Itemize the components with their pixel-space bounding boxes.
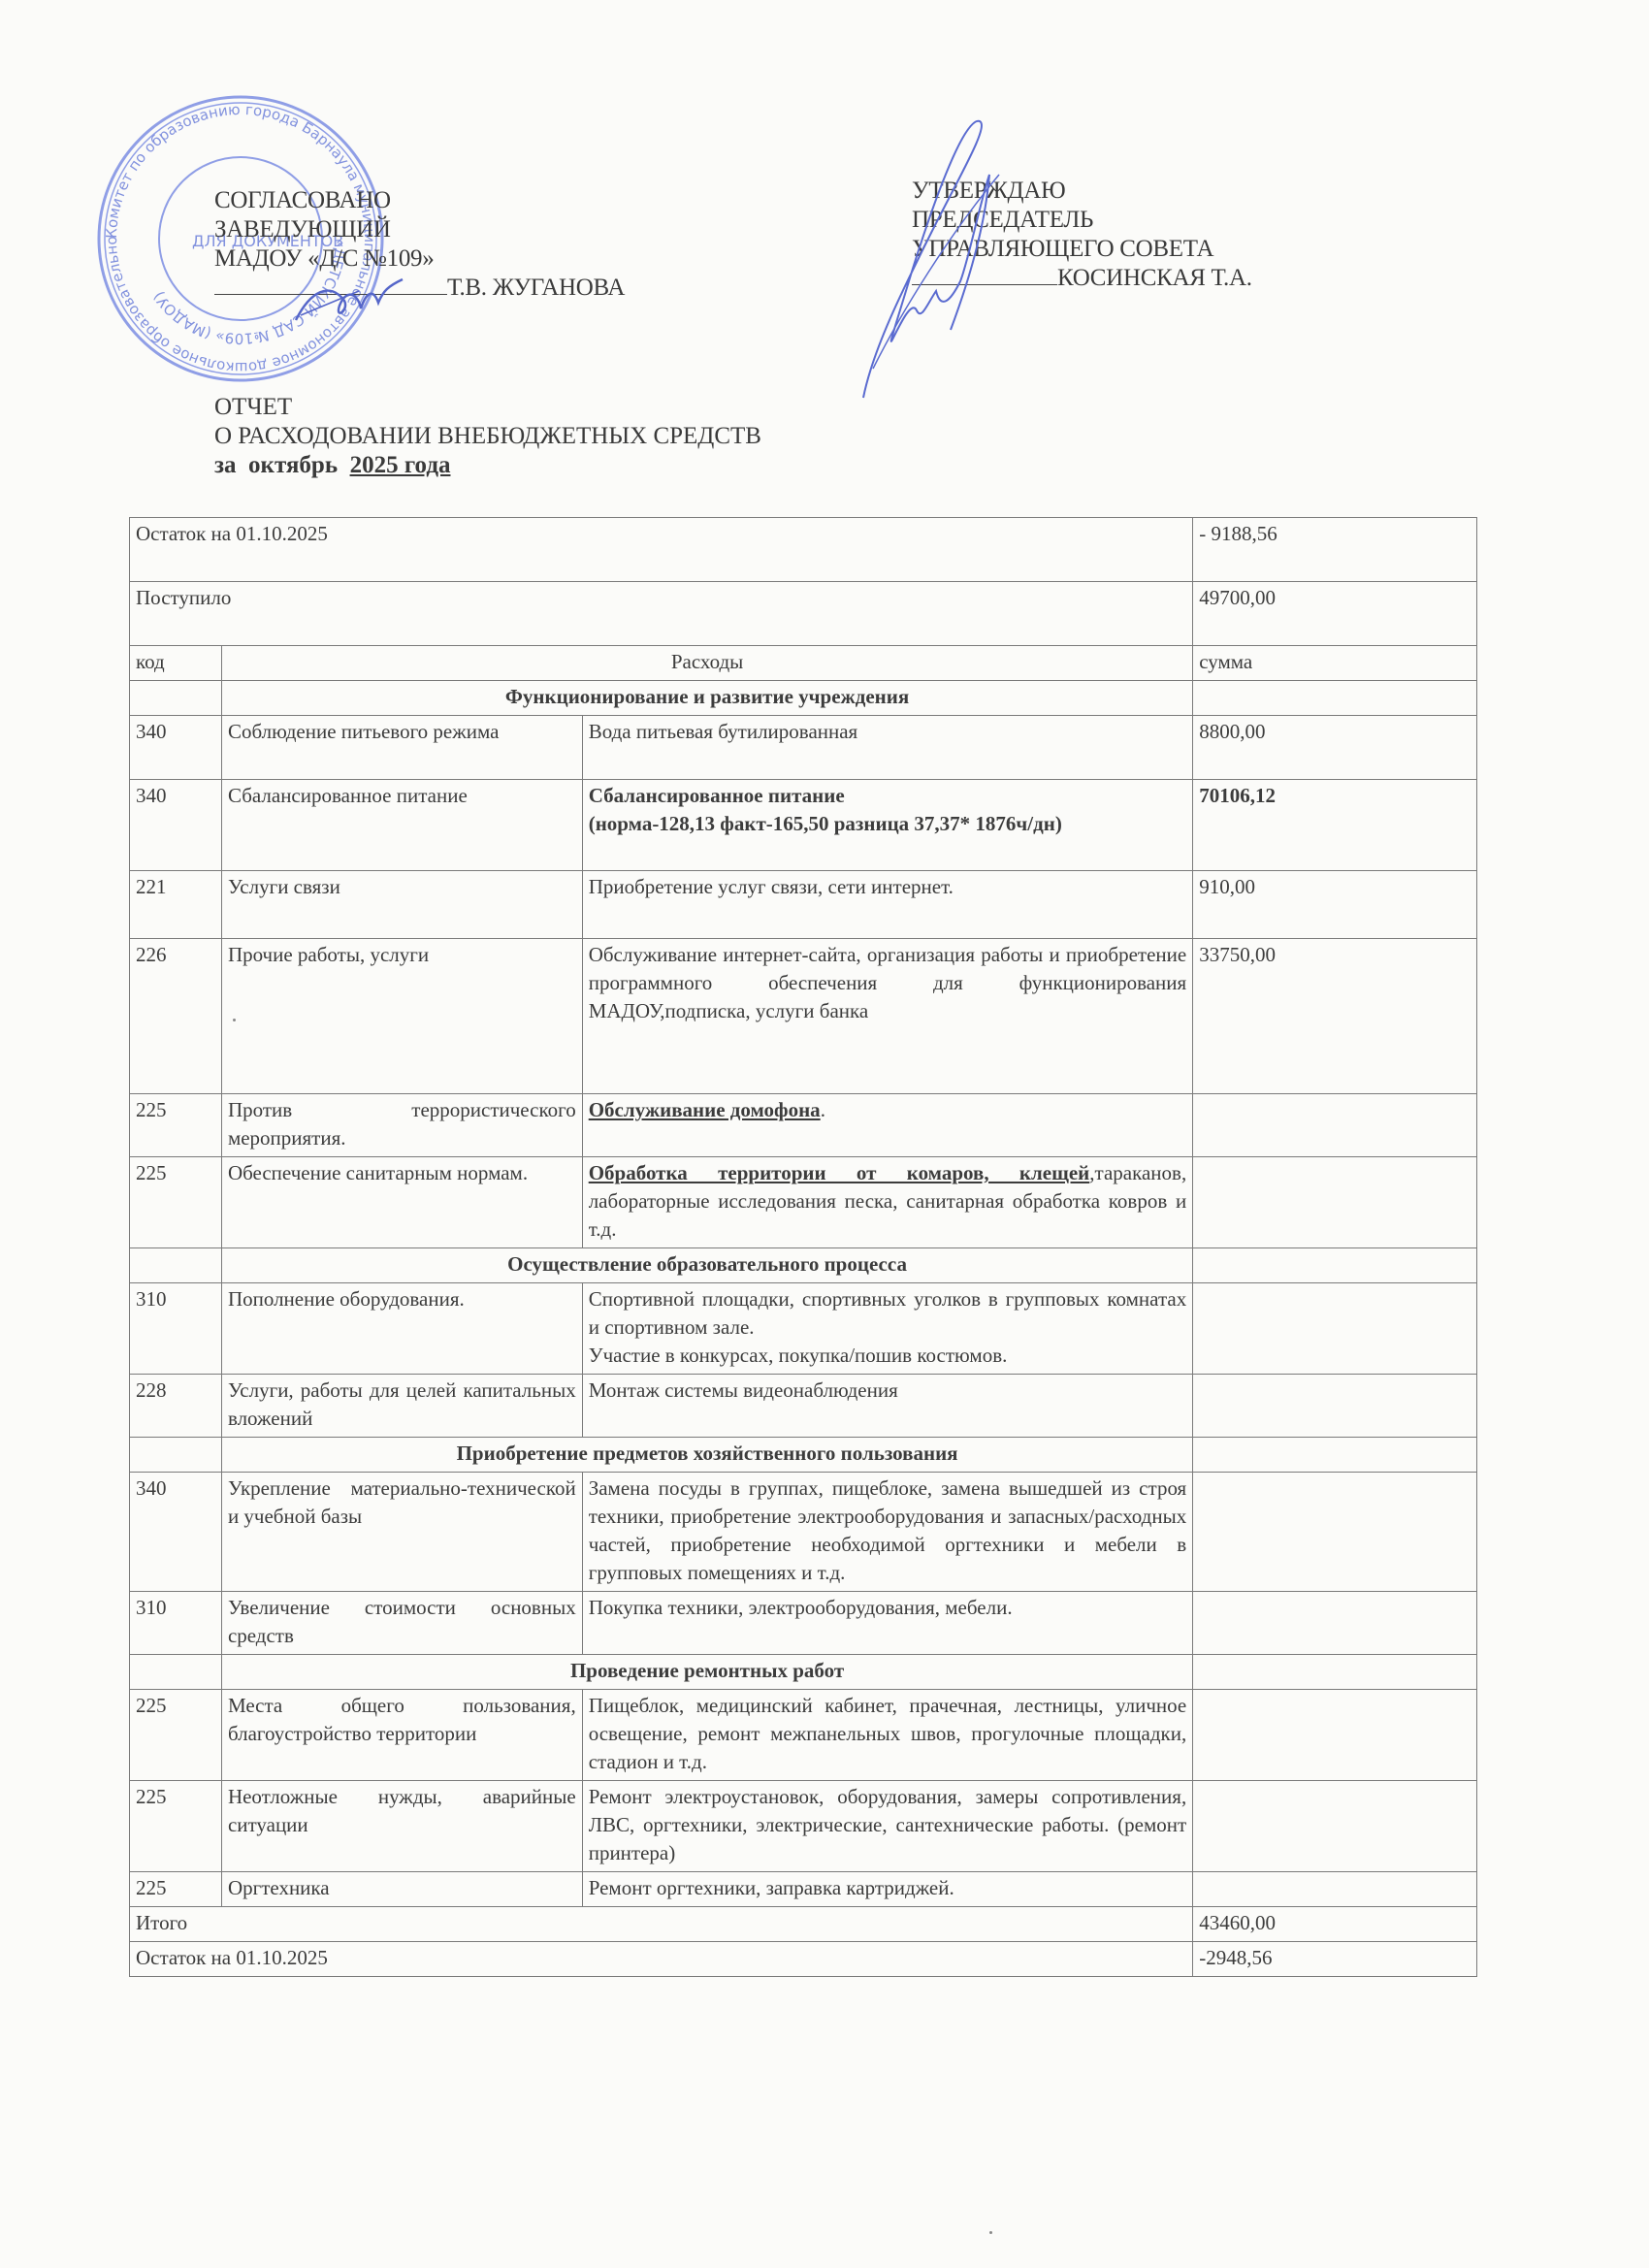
- signature-line-left: [214, 294, 447, 295]
- row-description-text: Ремонт электроустановок, оборудования, з…: [589, 1785, 1187, 1864]
- row-description-text: Ремонт оргтехники, заправка картриджей.: [589, 1876, 954, 1899]
- row-description-text: Спортивной площадки, спортивных уголков …: [589, 1287, 1187, 1339]
- row-sum: 70106,12: [1193, 780, 1477, 871]
- approval-left-line3: МАДОУ «Д/С №109»: [214, 244, 625, 274]
- row-code: 225: [130, 1094, 222, 1157]
- row-description-text: Приобретение услуг связи, сети интернет.: [589, 875, 954, 898]
- section-code-empty: [130, 1248, 222, 1283]
- row-description-text: Пищеблок, медицинский кабинет, прачечная…: [589, 1694, 1187, 1773]
- row-description-extra: Участие в конкурсах, покупка/пошив костю…: [589, 1342, 1187, 1370]
- row-description: Вода питьевая бутилированная: [582, 716, 1193, 780]
- section-row: Осуществление образовательного процесса: [130, 1248, 1477, 1283]
- approval-right-signer: КОСИНСКАЯ Т.А.: [1057, 265, 1252, 291]
- section-title: Приобретение предметов хозяйственного по…: [221, 1438, 1192, 1473]
- row-description-text: Монтаж системы видеонаблюдения: [589, 1378, 898, 1402]
- section-sum-empty: [1193, 1248, 1477, 1283]
- row-name: Соблюдение питьевого режима: [221, 716, 582, 780]
- table-row: 225Против террористического мероприятия.…: [130, 1094, 1477, 1157]
- section-row: Функционирование и развитие учреждения: [130, 681, 1477, 716]
- scan-speck: [233, 1019, 236, 1021]
- table-header-row: кодРасходысумма: [130, 646, 1477, 681]
- scan-speck: [989, 2231, 992, 2234]
- row-description-detail: (норма-128,13 факт-165,50 разница 37,37*…: [589, 810, 1187, 838]
- row-description-text: Замена посуды в группах, пищеблоке, заме…: [589, 1476, 1187, 1584]
- row-description: Пищеблок, медицинский кабинет, прачечная…: [582, 1690, 1193, 1781]
- section-title: Осуществление образовательного процесса: [221, 1248, 1192, 1283]
- title-line1: ОТЧЕТ: [214, 393, 761, 422]
- title-period-year: 2025 года: [350, 452, 451, 478]
- table-row: 225Обеспечение санитарным нормам.Обработ…: [130, 1157, 1477, 1248]
- row-sum: [1193, 1781, 1477, 1872]
- table-row: 310Увеличение стоимости основных средств…: [130, 1592, 1477, 1655]
- closing-balance-row-label: Остаток на 01.10.2025: [130, 1942, 1193, 1977]
- total-row: Итого43460,00: [130, 1907, 1477, 1942]
- row-sum: [1193, 1375, 1477, 1438]
- table-row: 225ОргтехникаРемонт оргтехники, заправка…: [130, 1872, 1477, 1907]
- title-period-prefix: за октябрь: [214, 452, 350, 478]
- section-row: Проведение ремонтных работ: [130, 1655, 1477, 1690]
- row-description-text: Обслуживание интернет-сайта, организация…: [589, 943, 1187, 1022]
- received-row-label: Поступило: [130, 582, 1193, 646]
- row-description-bold: Сбалансированное питание: [589, 782, 1187, 810]
- opening-balance-row: Остаток на 01.10.2025- 9188,56: [130, 518, 1477, 582]
- opening-balance-row-value: - 9188,56: [1193, 518, 1477, 582]
- opening-balance-row-label: Остаток на 01.10.2025: [130, 518, 1193, 582]
- row-description: Монтаж системы видеонаблюдения: [582, 1375, 1193, 1438]
- header-expenses: Расходы: [221, 646, 1192, 681]
- row-description-text: Покупка техники, электрооборудования, ме…: [589, 1596, 1013, 1619]
- section-title: Проведение ремонтных работ: [221, 1655, 1192, 1690]
- row-sum: 33750,00: [1193, 939, 1477, 1094]
- row-name: Неотложные нужды, аварийные ситуации: [221, 1781, 582, 1872]
- row-description-emphasis: Обслуживание домофона: [589, 1098, 821, 1121]
- section-code-empty: [130, 1655, 222, 1690]
- section-code-empty: [130, 1438, 222, 1473]
- row-code: 340: [130, 780, 222, 871]
- row-name: Услуги связи: [221, 871, 582, 939]
- row-name: Обеспечение санитарным нормам.: [221, 1157, 582, 1248]
- table-row: 340Соблюдение питьевого режимаВода питье…: [130, 716, 1477, 780]
- table-row: 310Пополнение оборудования.Спортивной пл…: [130, 1283, 1477, 1375]
- section-row: Приобретение предметов хозяйственного по…: [130, 1438, 1477, 1473]
- section-title: Функционирование и развитие учреждения: [221, 681, 1192, 716]
- section-sum-empty: [1193, 681, 1477, 716]
- row-sum: [1193, 1157, 1477, 1248]
- title-line2: О РАСХОДОВАНИИ ВНЕБЮДЖЕТНЫХ СРЕДСТВ: [214, 422, 761, 451]
- approval-right-line3: УПРАВЛЯЮЩЕГО СОВЕТА: [912, 235, 1252, 264]
- approval-left-signer: Т.В. ЖУГАНОВА: [447, 275, 625, 301]
- approval-right-line1: УТВЕРЖДАЮ: [912, 177, 1252, 206]
- row-code: 225: [130, 1781, 222, 1872]
- header-sum: сумма: [1193, 646, 1477, 681]
- signature-line-right: [912, 284, 1057, 285]
- row-description: Спортивной площадки, спортивных уголков …: [582, 1283, 1193, 1375]
- row-description: Сбалансированное питание (норма-128,13 ф…: [582, 780, 1193, 871]
- row-description-text: Вода питьевая бутилированная: [589, 720, 858, 743]
- row-name: Увеличение стоимости основных средств: [221, 1592, 582, 1655]
- row-description: Ремонт оргтехники, заправка картриджей.: [582, 1872, 1193, 1907]
- table-row: 221Услуги связиПриобретение услуг связи,…: [130, 871, 1477, 939]
- approval-block-left: СОГЛАСОВАНО ЗАВЕДУЮЩИЙ МАДОУ «Д/С №109» …: [214, 186, 625, 303]
- table-row: 228Услуги, работы для целей капитальных …: [130, 1375, 1477, 1438]
- row-name: Сбалансированное питание: [221, 780, 582, 871]
- row-description: Обслуживание интернет-сайта, организация…: [582, 939, 1193, 1094]
- row-code: 226: [130, 939, 222, 1094]
- total-row-value: 43460,00: [1193, 1907, 1477, 1942]
- approval-left-line2: ЗАВЕДУЮЩИЙ: [214, 215, 625, 244]
- section-sum-empty: [1193, 1655, 1477, 1690]
- row-name: Укрепление материально-технической и уче…: [221, 1473, 582, 1592]
- row-name: Услуги, работы для целей капитальных вло…: [221, 1375, 582, 1438]
- row-code: 221: [130, 871, 222, 939]
- row-code: 225: [130, 1157, 222, 1248]
- table-row: 226Прочие работы, услугиОбслуживание инт…: [130, 939, 1477, 1094]
- approval-left-line1: СОГЛАСОВАНО: [214, 186, 625, 215]
- received-row: Поступило49700,00: [130, 582, 1477, 646]
- row-sum: [1193, 1872, 1477, 1907]
- row-sum: 8800,00: [1193, 716, 1477, 780]
- row-name: Прочие работы, услуги: [221, 939, 582, 1094]
- row-sum: [1193, 1473, 1477, 1592]
- report-title: ОТЧЕТ О РАСХОДОВАНИИ ВНЕБЮДЖЕТНЫХ СРЕДСТ…: [214, 393, 761, 480]
- table-row: 340Укрепление материально-технической и …: [130, 1473, 1477, 1592]
- row-description: Обслуживание домофона.: [582, 1094, 1193, 1157]
- row-name: Оргтехника: [221, 1872, 582, 1907]
- expense-report-table: Остаток на 01.10.2025- 9188,56Поступило4…: [129, 517, 1477, 1977]
- row-code: 228: [130, 1375, 222, 1438]
- section-sum-empty: [1193, 1438, 1477, 1473]
- row-name: Места общего пользования, благоустройств…: [221, 1690, 582, 1781]
- row-sum: 910,00: [1193, 871, 1477, 939]
- row-description-text: .: [821, 1098, 825, 1121]
- row-code: 310: [130, 1283, 222, 1375]
- row-code: 340: [130, 1473, 222, 1592]
- table-row: 340Сбалансированное питаниеСбалансирован…: [130, 780, 1477, 871]
- row-code: 340: [130, 716, 222, 780]
- row-code: 225: [130, 1872, 222, 1907]
- row-description-emphasis: Обработка территории от комаров, клещей: [589, 1161, 1090, 1184]
- received-row-value: 49700,00: [1193, 582, 1477, 646]
- row-name: Против террористического мероприятия.: [221, 1094, 582, 1157]
- header-code: код: [130, 646, 222, 681]
- row-name: Пополнение оборудования.: [221, 1283, 582, 1375]
- row-description: Обработка территории от комаров, клещей,…: [582, 1157, 1193, 1248]
- row-sum: [1193, 1283, 1477, 1375]
- row-description: Ремонт электроустановок, оборудования, з…: [582, 1781, 1193, 1872]
- closing-balance-row: Остаток на 01.10.2025-2948,56: [130, 1942, 1477, 1977]
- closing-balance-row-value: -2948,56: [1193, 1942, 1477, 1977]
- row-code: 225: [130, 1690, 222, 1781]
- row-description: Замена посуды в группах, пищеблоке, заме…: [582, 1473, 1193, 1592]
- row-description: Приобретение услуг связи, сети интернет.: [582, 871, 1193, 939]
- table-row: 225Неотложные нужды, аварийные ситуацииР…: [130, 1781, 1477, 1872]
- row-sum: [1193, 1592, 1477, 1655]
- row-sum: [1193, 1690, 1477, 1781]
- table-row: 225Места общего пользования, благоустрой…: [130, 1690, 1477, 1781]
- approval-right-line2: ПРЕДСЕДАТЕЛЬ: [912, 206, 1252, 235]
- row-sum: [1193, 1094, 1477, 1157]
- total-row-label: Итого: [130, 1907, 1193, 1942]
- row-code: 310: [130, 1592, 222, 1655]
- section-code-empty: [130, 681, 222, 716]
- row-description: Покупка техники, электрооборудования, ме…: [582, 1592, 1193, 1655]
- approval-block-right: УТВЕРЖДАЮ ПРЕДСЕДАТЕЛЬ УПРАВЛЯЮЩЕГО СОВЕ…: [912, 177, 1252, 293]
